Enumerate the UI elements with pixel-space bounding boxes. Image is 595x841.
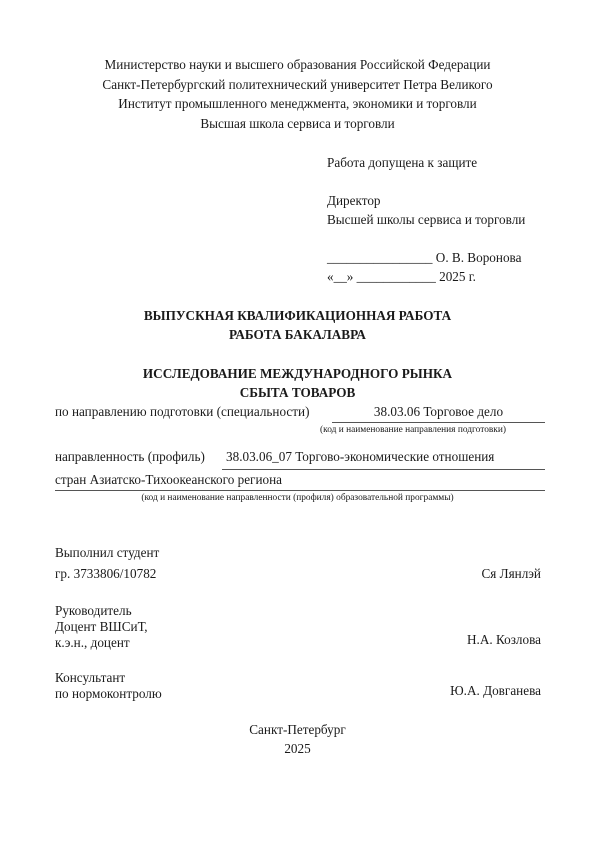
director-department: Высшей школы сервиса и торговли <box>327 212 525 228</box>
footer-year: 2025 <box>0 741 595 757</box>
supervisor-degree: к.э.н., доцент <box>55 635 130 651</box>
profile-underline-1 <box>222 469 545 470</box>
supervisor-name: Н.А. Козлова <box>467 632 541 648</box>
consultant-name: Ю.А. Довганева <box>450 683 541 699</box>
supervisor-role: Руководитель <box>55 603 132 619</box>
profile-label: направленность (профиль) <box>55 449 205 465</box>
profile-caption: (код и наименование направленности (проф… <box>0 493 595 503</box>
direction-caption: (код и наименование направления подготов… <box>320 425 506 435</box>
work-type-title: ВЫПУСКНАЯ КВАЛИФИКАЦИОННАЯ РАБОТА <box>0 308 595 324</box>
profile-underline-2 <box>55 490 545 491</box>
direction-label: по направлению подготовки (специальности… <box>55 404 309 420</box>
consultant-area: по нормоконтролю <box>55 686 162 702</box>
topic-title-line1: ИССЛЕДОВАНИЕ МЕЖДУНАРОДНОГО РЫНКА <box>0 366 595 382</box>
profile-value-line1: 38.03.06_07 Торгово-экономические отноше… <box>226 449 494 465</box>
ministry-line: Министерство науки и высшего образования… <box>0 57 595 73</box>
consultant-role: Консультант <box>55 670 125 686</box>
degree-title: РАБОТА БАКАЛАВРА <box>0 327 595 343</box>
student-name: Ся Лянлэй <box>481 566 541 582</box>
director-signature-line: ________________ О. В. Воронова <box>327 250 521 266</box>
topic-title-line2: СБЫТА ТОВАРОВ <box>0 385 595 401</box>
approval-date-line: «__» ____________ 2025 г. <box>327 269 476 285</box>
director-label: Директор <box>327 193 381 209</box>
student-group: гр. 3733806/10782 <box>55 566 156 582</box>
supervisor-position: Доцент ВШСиТ, <box>55 619 148 635</box>
student-role: Выполнил студент <box>55 545 159 561</box>
institute-line: Институт промышленного менеджмента, экон… <box>0 96 595 112</box>
admitted-label: Работа допущена к защите <box>327 155 477 171</box>
direction-underline <box>332 422 545 423</box>
direction-value: 38.03.06 Торговое дело <box>332 404 545 420</box>
university-line: Санкт-Петербургский политехнический унив… <box>0 77 595 93</box>
footer-city: Санкт-Петербург <box>0 722 595 738</box>
school-line: Высшая школа сервиса и торговли <box>0 116 595 132</box>
profile-value-line2: стран Азиатско-Тихоокеанского региона <box>55 472 282 488</box>
